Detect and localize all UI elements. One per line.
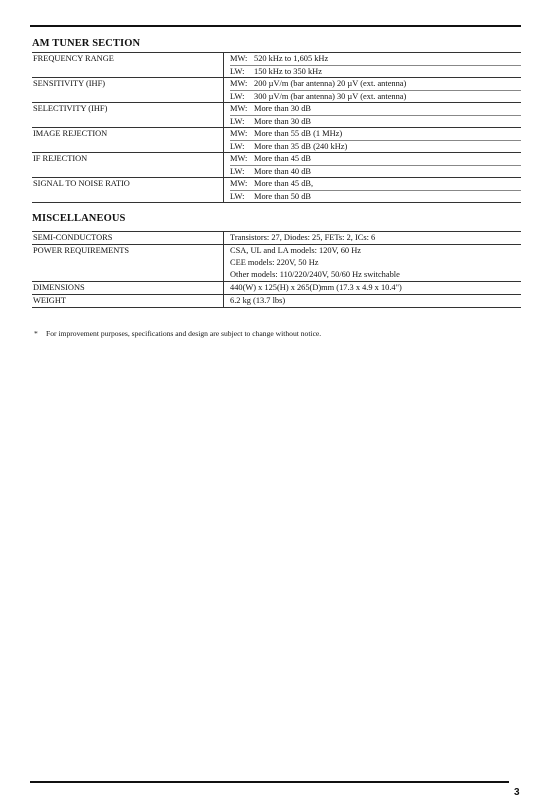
spec-name: WEIGHT — [32, 295, 224, 308]
spec-row: WEIGHT6.2 kg (13.7 lbs) — [32, 295, 521, 308]
miscellaneous-heading: MISCELLANEOUS — [32, 213, 126, 224]
spec-name: FREQUENCY RANGE — [32, 53, 224, 78]
spec-value: MW:520 kHz to 1,605 kHzLW:150 kHz to 350… — [224, 53, 522, 78]
spec-value-text: Transistors: 27, Diodes: 25, FETs: 2, IC… — [230, 233, 375, 242]
spec-name: IF REJECTION — [32, 153, 224, 178]
spec-value-line: CEE models: 220V, 50 Hz — [230, 257, 521, 269]
miscellaneous-table: SEMI-CONDUCTORSTransistors: 27, Diodes: … — [32, 231, 521, 308]
spec-value: MW:200 µV/m (bar antenna) 20 µV (ext. an… — [224, 78, 522, 103]
spec-value-line: MW:More than 55 dB (1 MHz) — [230, 128, 521, 140]
spec-row: POWER REQUIREMENTSCSA, UL and LA models:… — [32, 245, 521, 282]
spec-row: IF REJECTIONMW:More than 45 dBLW:More th… — [32, 153, 521, 178]
spec-value-text: 440(W) x 125(H) x 265(D)mm (17.3 x 4.9 x… — [230, 283, 402, 292]
bottom-rule — [30, 781, 509, 783]
spec-value-line: Other models: 110/220/240V, 50/60 Hz swi… — [230, 269, 521, 281]
spec-value: Transistors: 27, Diodes: 25, FETs: 2, IC… — [224, 232, 522, 245]
page-number: 3 — [514, 787, 520, 798]
spec-value-text: 520 kHz to 1,605 kHz — [254, 54, 328, 63]
spec-value: 6.2 kg (13.7 lbs) — [224, 295, 522, 308]
spec-value-line: LW:300 µV/m (bar antenna) 30 µV (ext. an… — [230, 90, 521, 102]
spec-value-text: 200 µV/m (bar antenna) 20 µV (ext. anten… — [254, 79, 406, 88]
band-label: LW: — [230, 66, 254, 78]
spec-value: MW:More than 30 dBLW:More than 30 dB — [224, 103, 522, 128]
band-label: MW: — [230, 53, 254, 65]
band-label: LW: — [230, 166, 254, 178]
spec-value-line: Transistors: 27, Diodes: 25, FETs: 2, IC… — [230, 232, 521, 244]
footnote-mark: * — [34, 329, 46, 338]
spec-value-text: 300 µV/m (bar antenna) 30 µV (ext. anten… — [254, 92, 406, 101]
spec-value-line: LW:150 kHz to 350 kHz — [230, 65, 521, 77]
spec-name: SENSITIVITY (IHF) — [32, 78, 224, 103]
spec-value-line: MW:More than 30 dB — [230, 103, 521, 115]
spec-name: IMAGE REJECTION — [32, 128, 224, 153]
spec-value-text: More than 55 dB (1 MHz) — [254, 129, 342, 138]
spec-value-text: More than 40 dB — [254, 167, 311, 176]
band-label: LW: — [230, 141, 254, 153]
spec-value-text: More than 45 dB, — [254, 179, 313, 188]
band-label: MW: — [230, 153, 254, 165]
spec-name: DIMENSIONS — [32, 282, 224, 295]
spec-value-line: MW:More than 45 dB — [230, 153, 521, 165]
spec-row: IMAGE REJECTIONMW:More than 55 dB (1 MHz… — [32, 128, 521, 153]
top-rule — [30, 25, 521, 27]
spec-value-text: 150 kHz to 350 kHz — [254, 67, 322, 76]
spec-value-text: More than 30 dB — [254, 104, 311, 113]
band-label: LW: — [230, 191, 254, 203]
spec-name: SELECTIVITY (IHF) — [32, 103, 224, 128]
spec-name: POWER REQUIREMENTS — [32, 245, 224, 282]
spec-row: DIMENSIONS440(W) x 125(H) x 265(D)mm (17… — [32, 282, 521, 295]
spec-value: CSA, UL and LA models: 120V, 60 HzCEE mo… — [224, 245, 522, 282]
spec-name: SEMI-CONDUCTORS — [32, 232, 224, 245]
spec-value-line: LW:More than 30 dB — [230, 115, 521, 127]
spec-value-line: 6.2 kg (13.7 lbs) — [230, 295, 521, 307]
spec-value-text: More than 45 dB — [254, 154, 311, 163]
band-label: MW: — [230, 128, 254, 140]
spec-value-text: CSA, UL and LA models: 120V, 60 Hz — [230, 246, 361, 255]
spec-value-line: LW:More than 40 dB — [230, 165, 521, 177]
spec-value-line: LW:More than 35 dB (240 kHz) — [230, 140, 521, 152]
band-label: LW: — [230, 116, 254, 128]
spec-value-text: More than 30 dB — [254, 117, 311, 126]
spec-value-line: LW:More than 50 dB — [230, 190, 521, 202]
spec-value-text: More than 50 dB — [254, 192, 311, 201]
spec-value: MW:More than 55 dB (1 MHz)LW:More than 3… — [224, 128, 522, 153]
spec-value-text: 6.2 kg (13.7 lbs) — [230, 296, 285, 305]
spec-value-text: CEE models: 220V, 50 Hz — [230, 258, 318, 267]
am-tuner-heading: AM TUNER SECTION — [32, 38, 140, 49]
spec-value-text: Other models: 110/220/240V, 50/60 Hz swi… — [230, 270, 400, 279]
band-label: MW: — [230, 103, 254, 115]
spec-value-line: MW:200 µV/m (bar antenna) 20 µV (ext. an… — [230, 78, 521, 90]
spec-value-line: CSA, UL and LA models: 120V, 60 Hz — [230, 245, 521, 257]
spec-value-line: 440(W) x 125(H) x 265(D)mm (17.3 x 4.9 x… — [230, 282, 521, 294]
spec-value: MW:More than 45 dB,LW:More than 50 dB — [224, 178, 522, 203]
am-tuner-table: FREQUENCY RANGEMW:520 kHz to 1,605 kHzLW… — [32, 52, 521, 203]
spec-value-text: More than 35 dB (240 kHz) — [254, 142, 347, 151]
spec-name: SIGNAL TO NOISE RATIO — [32, 178, 224, 203]
spec-value: MW:More than 45 dBLW:More than 40 dB — [224, 153, 522, 178]
spec-value-line: MW:520 kHz to 1,605 kHz — [230, 53, 521, 65]
spec-value-line: MW:More than 45 dB, — [230, 178, 521, 190]
footnote: *For improvement purposes, specification… — [34, 329, 321, 338]
band-label: MW: — [230, 78, 254, 90]
spec-row: SELECTIVITY (IHF)MW:More than 30 dBLW:Mo… — [32, 103, 521, 128]
band-label: LW: — [230, 91, 254, 103]
spec-row: FREQUENCY RANGEMW:520 kHz to 1,605 kHzLW… — [32, 53, 521, 78]
spec-value: 440(W) x 125(H) x 265(D)mm (17.3 x 4.9 x… — [224, 282, 522, 295]
spec-row: SIGNAL TO NOISE RATIOMW:More than 45 dB,… — [32, 178, 521, 203]
spec-row: SEMI-CONDUCTORSTransistors: 27, Diodes: … — [32, 232, 521, 245]
band-label: MW: — [230, 178, 254, 190]
footnote-text: For improvement purposes, specifications… — [46, 329, 321, 338]
spec-row: SENSITIVITY (IHF)MW:200 µV/m (bar antenn… — [32, 78, 521, 103]
